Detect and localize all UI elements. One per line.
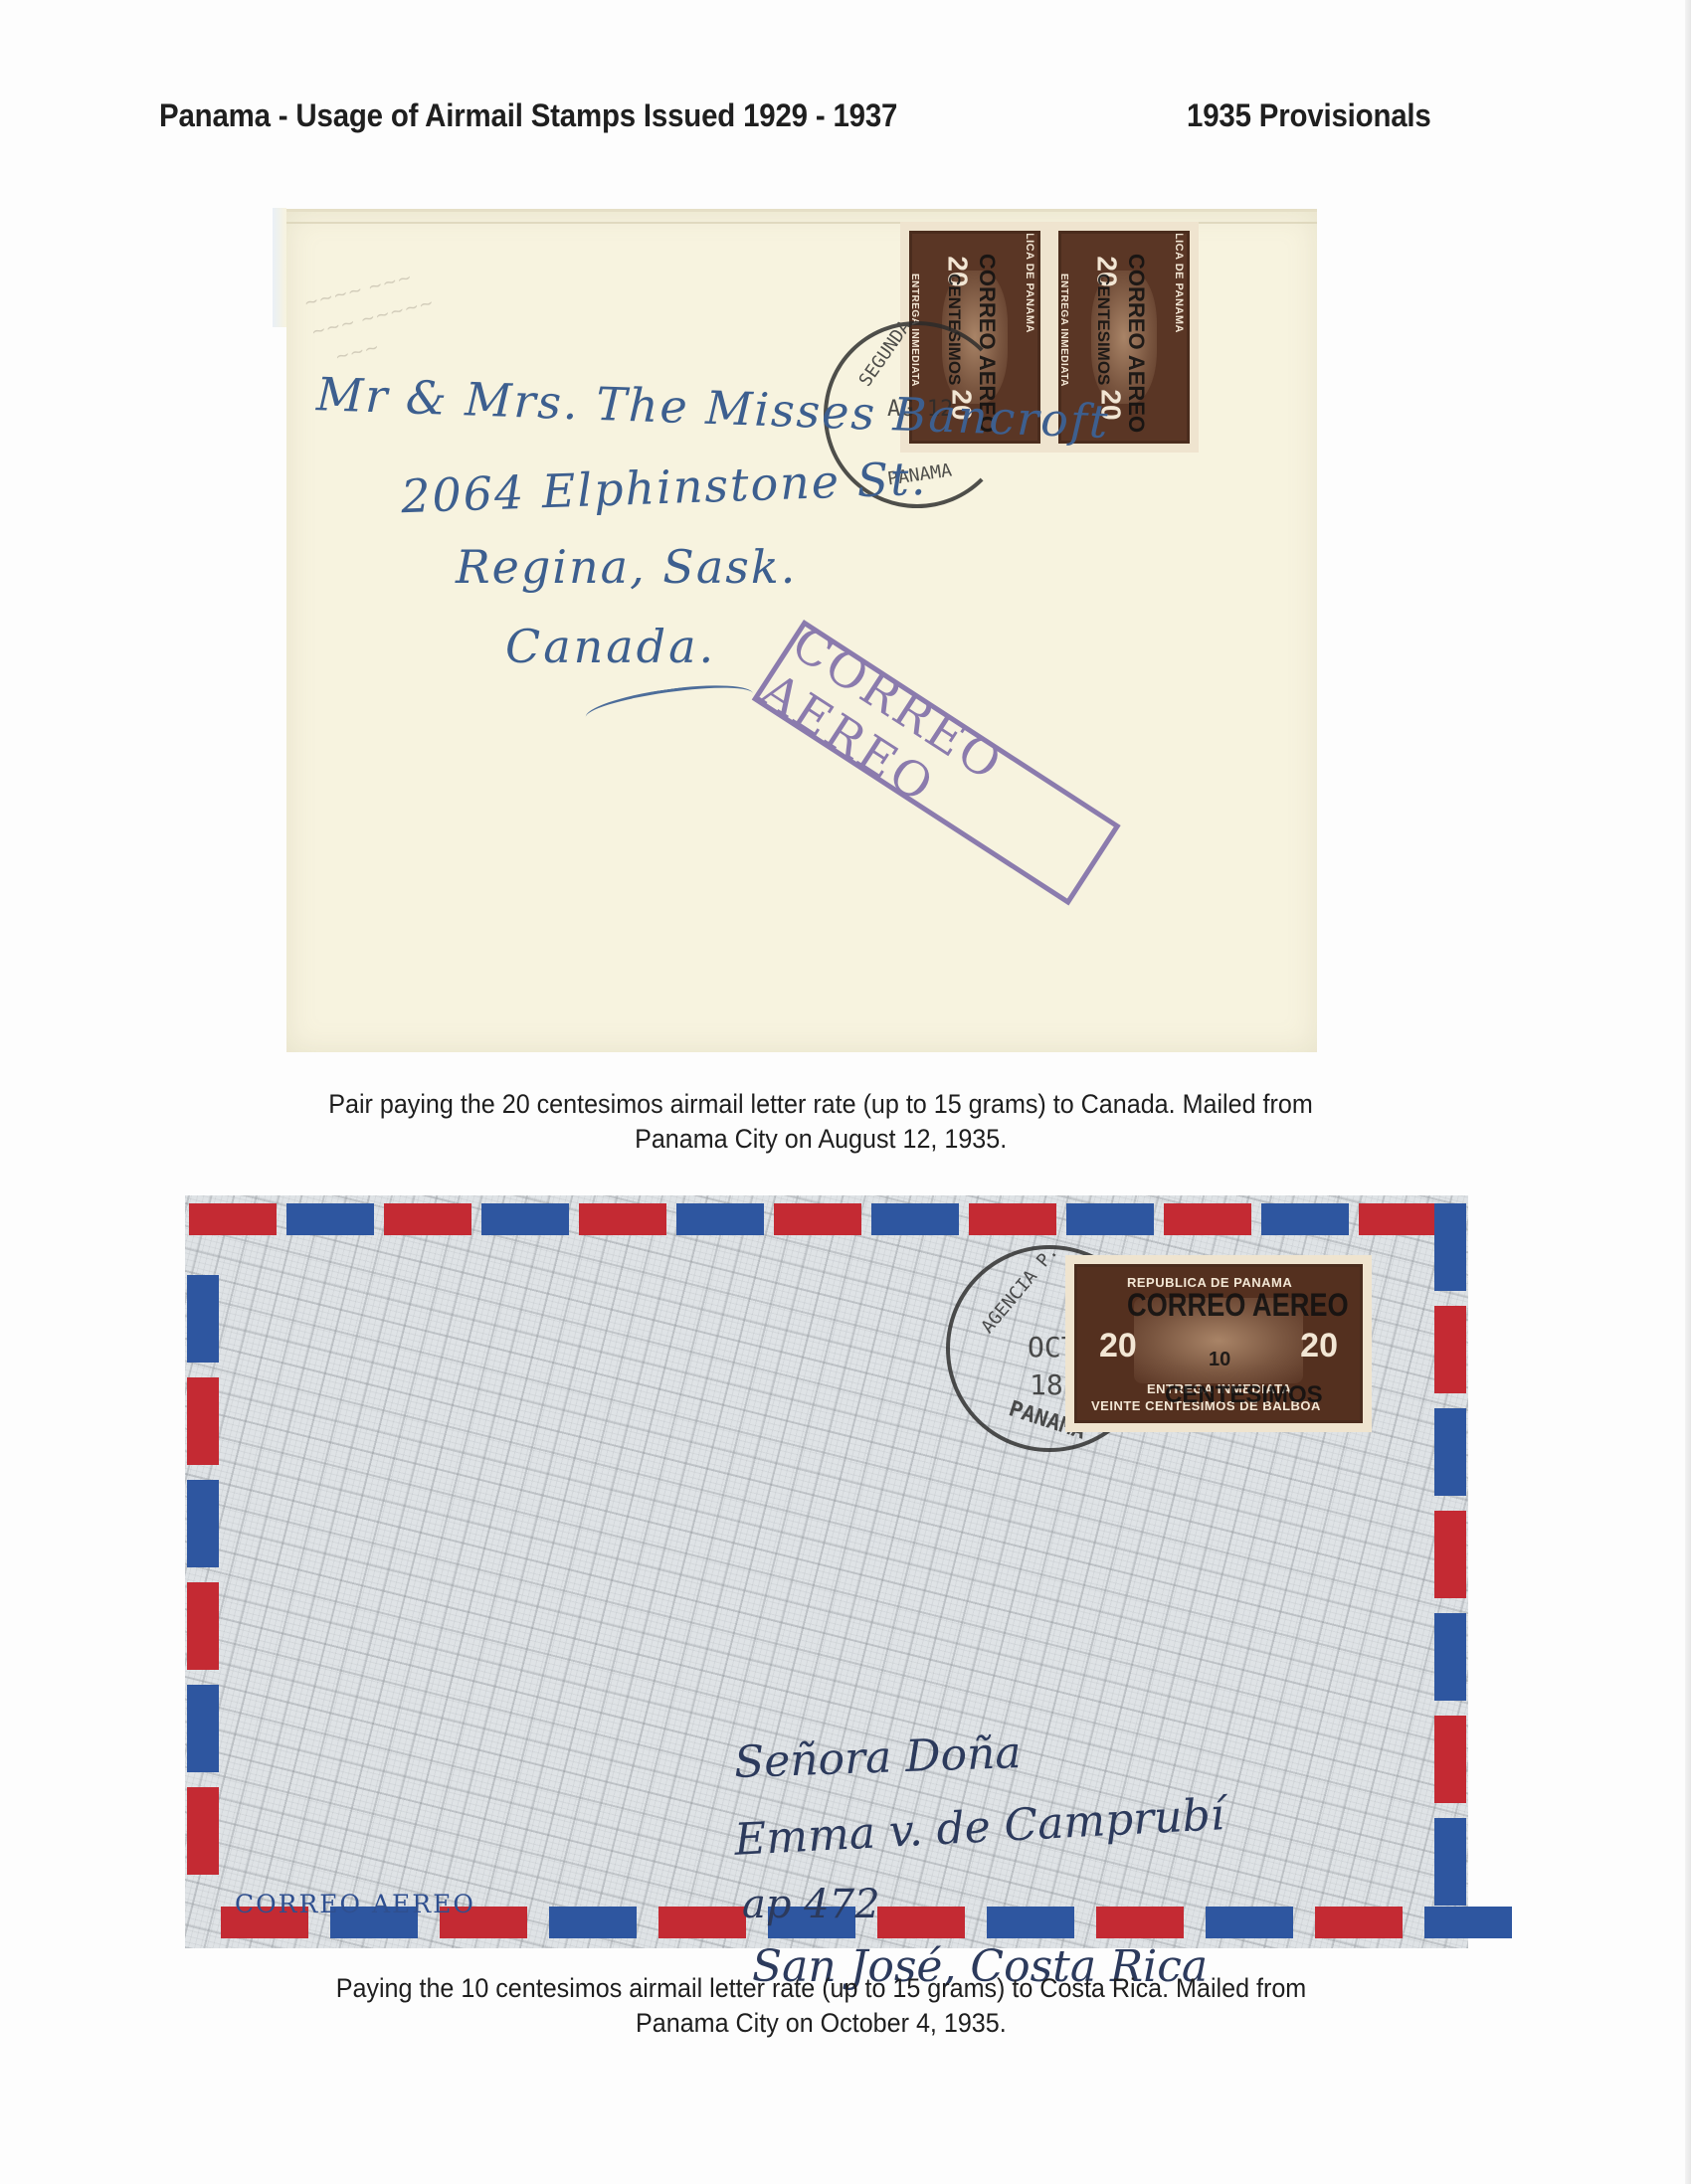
address-line-2: 2064 Elphinstone St. [400,452,928,523]
border-stripe [1315,1907,1403,1938]
stamp-inscription: ENTREGA INMEDIATA [1058,273,1069,387]
stamp-value-left: 20 [1099,1327,1137,1365]
border-stripe [969,1203,1056,1235]
page-header: Panama - Usage of Airmail Stamps Issued … [159,97,1492,141]
border-stripe [189,1203,277,1235]
caption-cover-canada: Pair paying the 20 centesimos airmail le… [149,1087,1492,1157]
caption-cover-costa-rica: Paying the 10 centesimos airmail letter … [149,1971,1492,2041]
border-stripe [871,1203,959,1235]
border-stripe [1434,1408,1466,1496]
caption-line-1: Pair paying the 20 centesimos airmail le… [328,1087,1313,1122]
border-stripe [187,1685,219,1772]
border-stripe [1261,1203,1349,1235]
address-line-3: Regina, Sask. [456,540,797,594]
border-stripe [384,1203,471,1235]
stamp-value-right: 20 [1300,1327,1338,1365]
border-stripe [1434,1613,1466,1701]
border-stripe [1066,1203,1154,1235]
cover-costa-rica: AGENCIA P. OCT 4 18 PANAMA REPUBLICA DE … [185,1195,1468,1948]
cover-canada: ~~~~ ~~~~~~ ~~~~~ ~~~ 20 20 REPUBLICA DE… [286,209,1317,1052]
border-stripe [1434,1203,1466,1291]
border-stripe [1424,1907,1512,1938]
border-stripe [774,1203,861,1235]
address-line-2: Emma v. de Camprubí [733,1789,1225,1866]
stamp-country: REPUBLICA DE PANAMA [1024,231,1035,333]
stamp: REPUBLICA DE PANAMA 20 20 ENTREGA INMEDI… [1065,1255,1372,1432]
caption-line-2: Panama City on October 4, 1935. [636,2006,1007,2041]
stamp-overprint-airmail: CORREO AEREO [1123,254,1149,433]
stamp-overprint-airmail: CORREO AEREO [1127,1287,1349,1324]
printed-airmail-label: CORREO AEREO [235,1890,475,1918]
border-stripe [1164,1203,1251,1235]
address-line-1: Señora Doña [733,1728,1022,1788]
border-stripe [877,1907,965,1938]
border-stripe [1359,1203,1446,1235]
airmail-cachet: CORREO AEREO [752,620,1121,905]
border-stripe [1434,1306,1466,1393]
stamp-country: REPUBLICA DE PANAMA [1173,231,1185,333]
border-stripe [549,1907,637,1938]
border-stripe [187,1377,219,1465]
border-stripe [579,1203,666,1235]
border-stripe [286,1203,374,1235]
underline-flourish [584,677,756,733]
address-line-4: Canada. [505,620,716,673]
border-stripe [1096,1907,1184,1938]
stamp-design: REPUBLICA DE PANAMA 20 20 ENTREGA INMEDI… [1074,1264,1363,1423]
border-stripe [187,1787,219,1875]
border-stripe [676,1203,764,1235]
postmark-top-text: SEGUNDA [855,316,916,390]
page-title: Panama - Usage of Airmail Stamps Issued … [159,97,897,134]
postmark-time: 18 [1030,1368,1063,1401]
border-stripe [481,1203,569,1235]
stamp-overprint-value: 10 [1209,1349,1230,1371]
border-stripe [187,1480,219,1567]
address-line-3: ap 472 [742,1882,880,1927]
border-stripe [1434,1818,1466,1906]
section-title: 1935 Provisionals [1187,97,1431,134]
caption-line-2: Panama City on August 12, 1935. [635,1122,1007,1157]
postmark-top-text: AGENCIA P. [977,1241,1062,1338]
caption-line-1: Paying the 10 centesimos airmail letter … [335,1971,1306,2006]
border-stripe [658,1907,746,1938]
stamp-overprint-centesimos: CENTESIMOS [1093,273,1113,385]
stamp-overprint-centesimos: CENTESIMOS [1165,1381,1323,1409]
border-stripe [1434,1511,1466,1598]
border-stripe [187,1582,219,1670]
border-stripe [1434,1716,1466,1803]
page-edge [1685,0,1691,2184]
border-stripe [187,1275,219,1363]
border-stripe [1206,1907,1293,1938]
border-stripe [987,1907,1074,1938]
